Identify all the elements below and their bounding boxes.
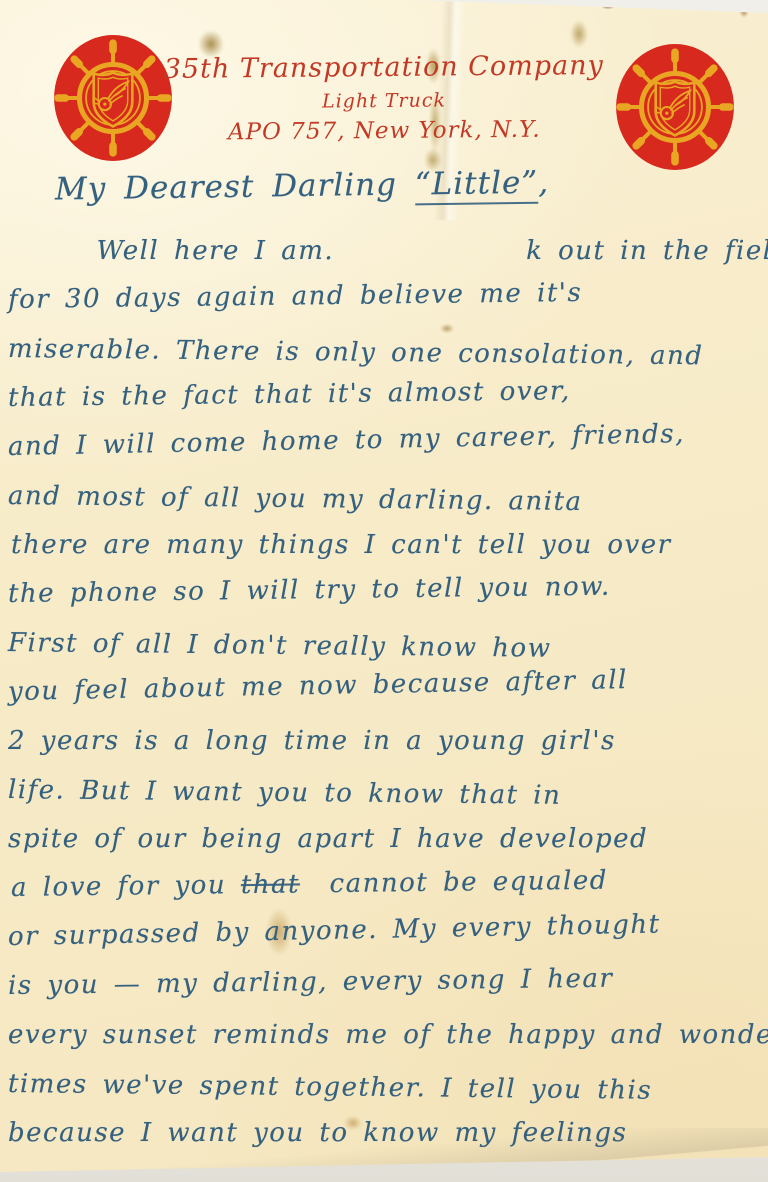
stain bbox=[570, 20, 588, 48]
salutation: My Dearest Darling “Little”, bbox=[55, 165, 550, 208]
underlined-nickname: “Little” bbox=[415, 165, 539, 206]
letter-page: 35th Transportation Company Light Truck … bbox=[0, 0, 768, 1182]
handwritten-line: times we've spent together. I tell you t… bbox=[8, 1060, 764, 1117]
stain bbox=[601, 0, 615, 9]
handwritten-line: every sunset reminds me of the happy and… bbox=[8, 1011, 764, 1060]
handwritten-line: because I want you to know my feelings bbox=[8, 1109, 764, 1158]
struck-word: that bbox=[241, 869, 301, 900]
handwritten-line: and most of all you my darling. anita bbox=[8, 472, 764, 529]
handwritten-line: is you — my darling, every song I hear bbox=[8, 953, 765, 1011]
salutation-text: My Dearest Darling bbox=[55, 166, 415, 207]
line-text: cannot be equaled bbox=[300, 866, 608, 900]
line-text: a love for you bbox=[11, 870, 241, 903]
ships-wheel-emblem-icon bbox=[614, 42, 736, 172]
salutation-comma: , bbox=[538, 165, 549, 201]
letterhead: 35th Transportation Company Light Truck … bbox=[150, 50, 619, 146]
letterhead-address: APO 757, New York, N.Y. bbox=[150, 116, 618, 146]
letter-body: Well here I am. k out in the fieldfor 30… bbox=[8, 227, 764, 1158]
handwritten-line: 2 years is a long time in a young girl's bbox=[8, 717, 764, 766]
letterhead-unit-type: Light Truck bbox=[150, 88, 618, 114]
handwritten-line: life. But I want you to know that in bbox=[8, 766, 764, 823]
handwritten-line: the phone so I will try to tell you now. bbox=[8, 561, 765, 619]
letterhead-unit-name: 35th Transportation Company bbox=[150, 50, 618, 85]
handwritten-line: for 30 days again and believe me it's bbox=[8, 267, 765, 325]
stain bbox=[740, 5, 748, 17]
